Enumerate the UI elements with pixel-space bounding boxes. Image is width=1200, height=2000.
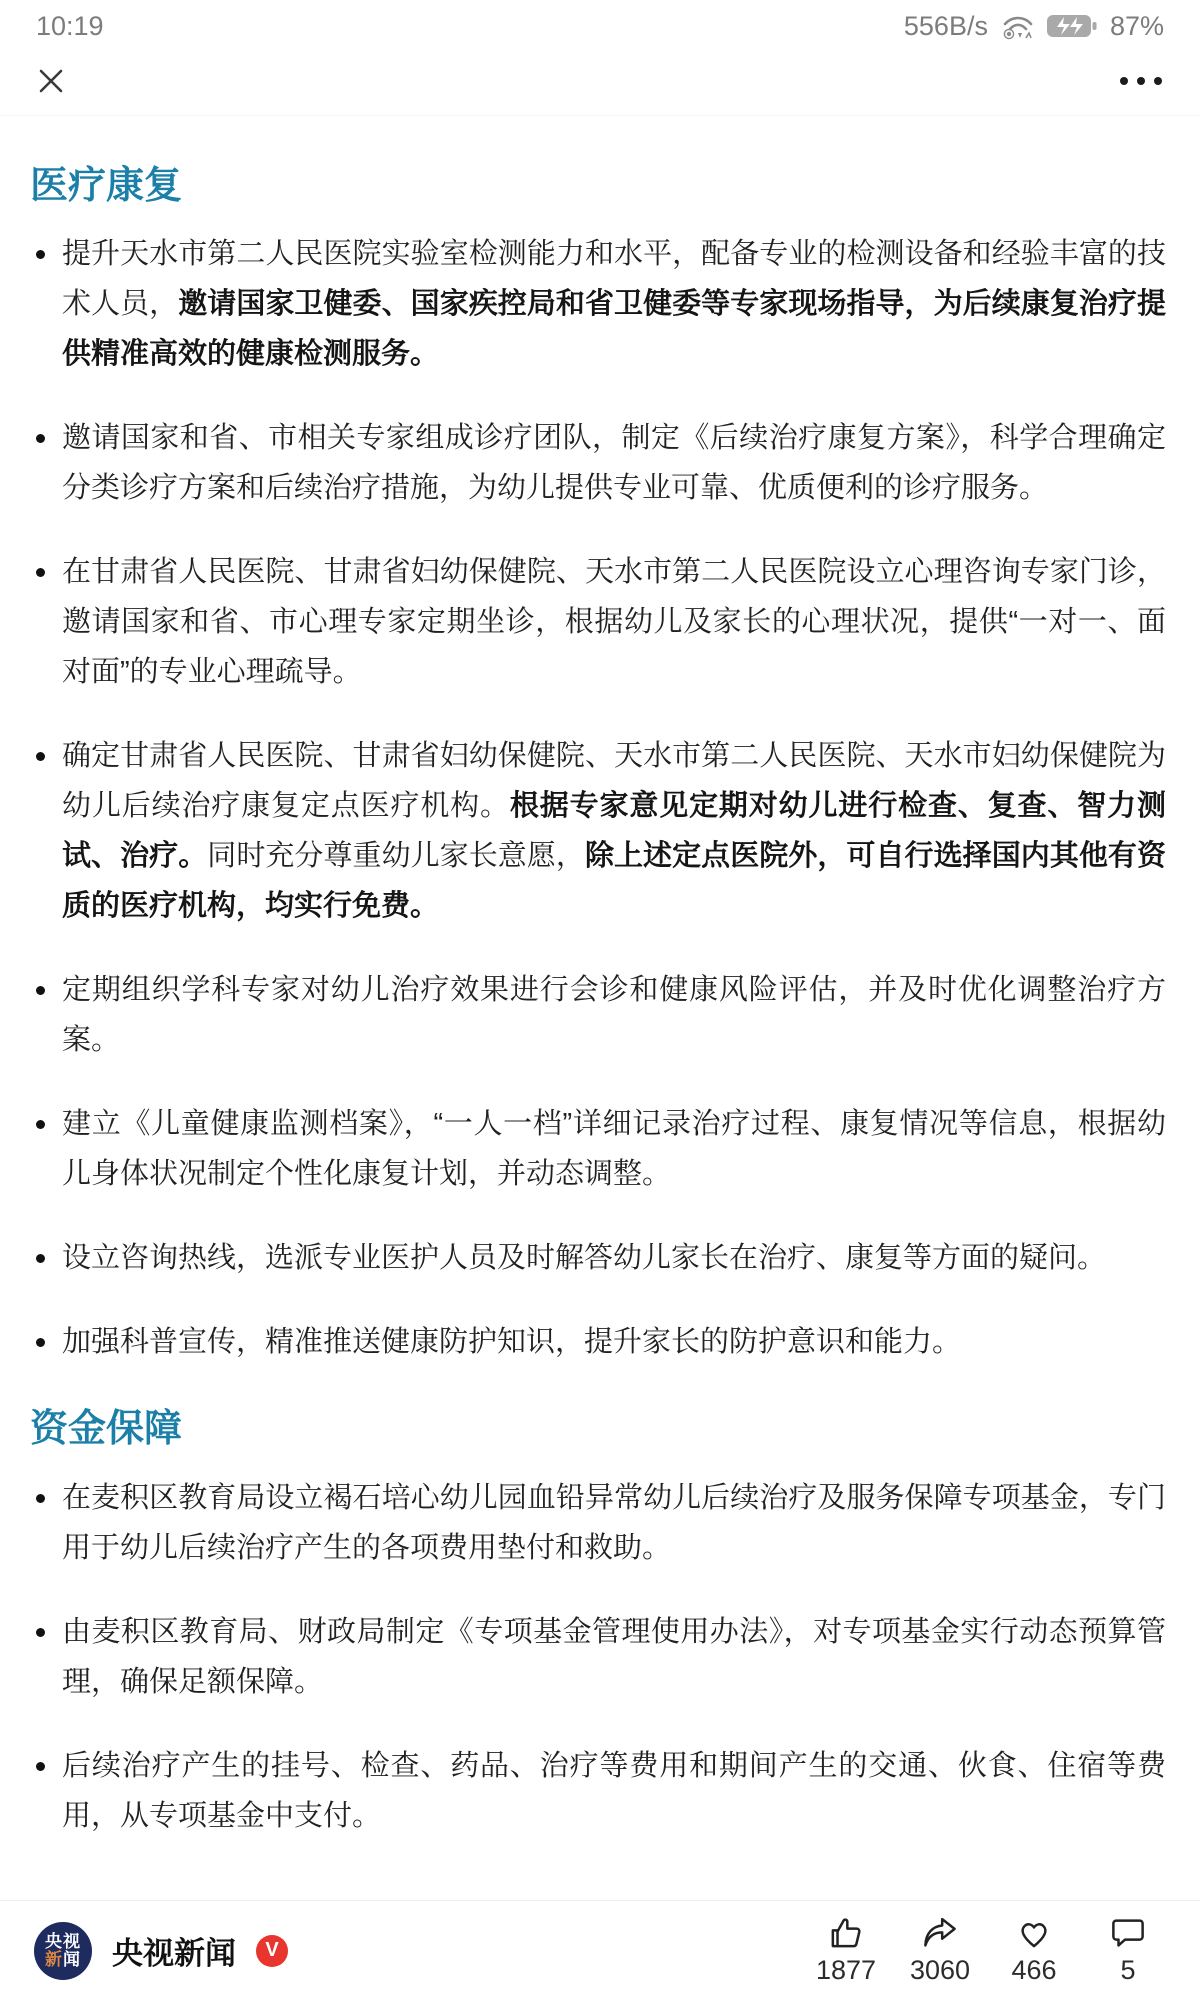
text-run: 邀请国家和省、市相关专家组成诊疗团队，制定《后续治疗康复方案》，科学合理确定分类… [62, 422, 1166, 504]
thumbs-up-icon [827, 1915, 865, 1951]
share-arrow-icon [921, 1915, 959, 1951]
bullet-item: 设立咨询热线，选派专业医护人员及时解答幼儿家长在治疗、康复等方面的疑问。 [30, 1233, 1166, 1283]
status-time: 10:19 [36, 11, 104, 42]
favorite-count: 466 [1011, 1955, 1056, 1986]
article: 医疗康复提升天水市第二人民医院实验室检测能力和水平，配备专业的检测设备和经验丰富… [0, 116, 1200, 1841]
battery-charging-icon [1046, 13, 1098, 39]
bullet-list: 提升天水市第二人民医院实验室检测能力和水平，配备专业的检测设备和经验丰富的技术人… [30, 229, 1166, 1367]
like-count: 1877 [816, 1955, 876, 1986]
favorite-button[interactable]: 466 [1002, 1915, 1066, 1986]
verified-badge-icon: V [256, 1935, 288, 1967]
cctv-news-logo: 央视 新闻 [34, 1922, 92, 1980]
wifi-icon [1000, 12, 1034, 40]
bullet-item: 确定甘肃省人民医院、甘肃省妇幼保健院、天水市第二人民医院、天水市妇幼保健院为幼儿… [30, 731, 1166, 931]
comment-count: 5 [1120, 1955, 1135, 1986]
logo-text-bottom: 新闻 [45, 1951, 81, 1969]
publisher-account[interactable]: 央视 新闻 央视新闻 V [34, 1922, 288, 1980]
text-run: 设立咨询热线，选派专业医护人员及时解答幼儿家长在治疗、康复等方面的疑问。 [62, 1242, 1106, 1274]
footer-bar: 央视 新闻 央视新闻 V 1877 [0, 1900, 1200, 2000]
comment-bubble-icon [1109, 1915, 1147, 1951]
text-run: 后续治疗产生的挂号、检查、药品、治疗等费用和期间产生的交通、伙食、住宿等费用，从… [62, 1750, 1166, 1832]
status-bar: 10:19 556B/s [0, 0, 1200, 46]
section-heading: 资金保障 [30, 1405, 1166, 1454]
text-run: 加强科普宣传，精准推送健康防护知识，提升家长的防护意识和能力。 [62, 1326, 961, 1358]
bullet-item: 加强科普宣传，精准推送健康防护知识，提升家长的防护意识和能力。 [30, 1317, 1166, 1367]
bullet-item: 邀请国家和省、市相关专家组成诊疗团队，制定《后续治疗康复方案》，科学合理确定分类… [30, 413, 1166, 513]
comment-button[interactable]: 5 [1096, 1915, 1160, 1986]
account-name: 央视新闻 [112, 1928, 236, 1973]
like-button[interactable]: 1877 [814, 1915, 878, 1986]
text-run: 在甘肃省人民医院、甘肃省妇幼保健院、天水市第二人民医院设立心理咨询专家门诊，邀请… [62, 556, 1166, 688]
text-run: 在麦积区教育局设立褐石培心幼儿园血铅异常幼儿后续治疗及服务保障专项基金，专门用于… [62, 1482, 1166, 1564]
network-speed: 556B/s [904, 11, 988, 42]
section-heading: 医疗康复 [30, 162, 1166, 211]
battery-percent: 87% [1110, 11, 1164, 42]
bullet-item: 提升天水市第二人民医院实验室检测能力和水平，配备专业的检测设备和经验丰富的技术人… [30, 229, 1166, 379]
bullet-item: 建立《儿童健康监测档案》，“一人一档”详细记录治疗过程、康复情况等信息，根据幼儿… [30, 1099, 1166, 1199]
text-run: 定期组织学科专家对幼儿治疗效果进行会诊和健康风险评估，并及时优化调整治疗方案。 [62, 974, 1166, 1056]
bullet-item: 在麦积区教育局设立褐石培心幼儿园血铅异常幼儿后续治疗及服务保障专项基金，专门用于… [30, 1473, 1166, 1573]
screen: 10:19 556B/s [0, 0, 1200, 2000]
bullet-item: 由麦积区教育局、财政局制定《专项基金管理使用办法》，对专项基金实行动态预算管理，… [30, 1607, 1166, 1707]
bullet-item: 在甘肃省人民医院、甘肃省妇幼保健院、天水市第二人民医院设立心理咨询专家门诊，邀请… [30, 547, 1166, 697]
logo-text-top: 央视 [45, 1933, 81, 1951]
bold-text-run: 邀请国家卫健委、国家疾控局和省卫健委等专家现场指导，为后续康复治疗提供精准高效的… [62, 288, 1166, 370]
share-button[interactable]: 3060 [908, 1915, 972, 1986]
share-count: 3060 [910, 1955, 970, 1986]
bullet-item: 定期组织学科专家对幼儿治疗效果进行会诊和健康风险评估，并及时优化调整治疗方案。 [30, 965, 1166, 1065]
close-icon[interactable] [36, 66, 66, 96]
more-dots-icon[interactable] [1118, 75, 1164, 87]
text-run: 由麦积区教育局、财政局制定《专项基金管理使用办法》，对专项基金实行动态预算管理，… [62, 1616, 1166, 1698]
text-run: 建立《儿童健康监测档案》，“一人一档”详细记录治疗过程、康复情况等信息，根据幼儿… [62, 1108, 1166, 1190]
text-run: 同时充分尊重幼儿家长意愿， [207, 840, 585, 872]
bullet-item: 后续治疗产生的挂号、检查、药品、治疗等费用和期间产生的交通、伙食、住宿等费用，从… [30, 1741, 1166, 1841]
engagement-actions: 1877 3060 466 [814, 1915, 1160, 1986]
heart-icon [1015, 1915, 1053, 1951]
bullet-list: 在麦积区教育局设立褐石培心幼儿园血铅异常幼儿后续治疗及服务保障专项基金，专门用于… [30, 1473, 1166, 1841]
nav-bar [0, 46, 1200, 116]
